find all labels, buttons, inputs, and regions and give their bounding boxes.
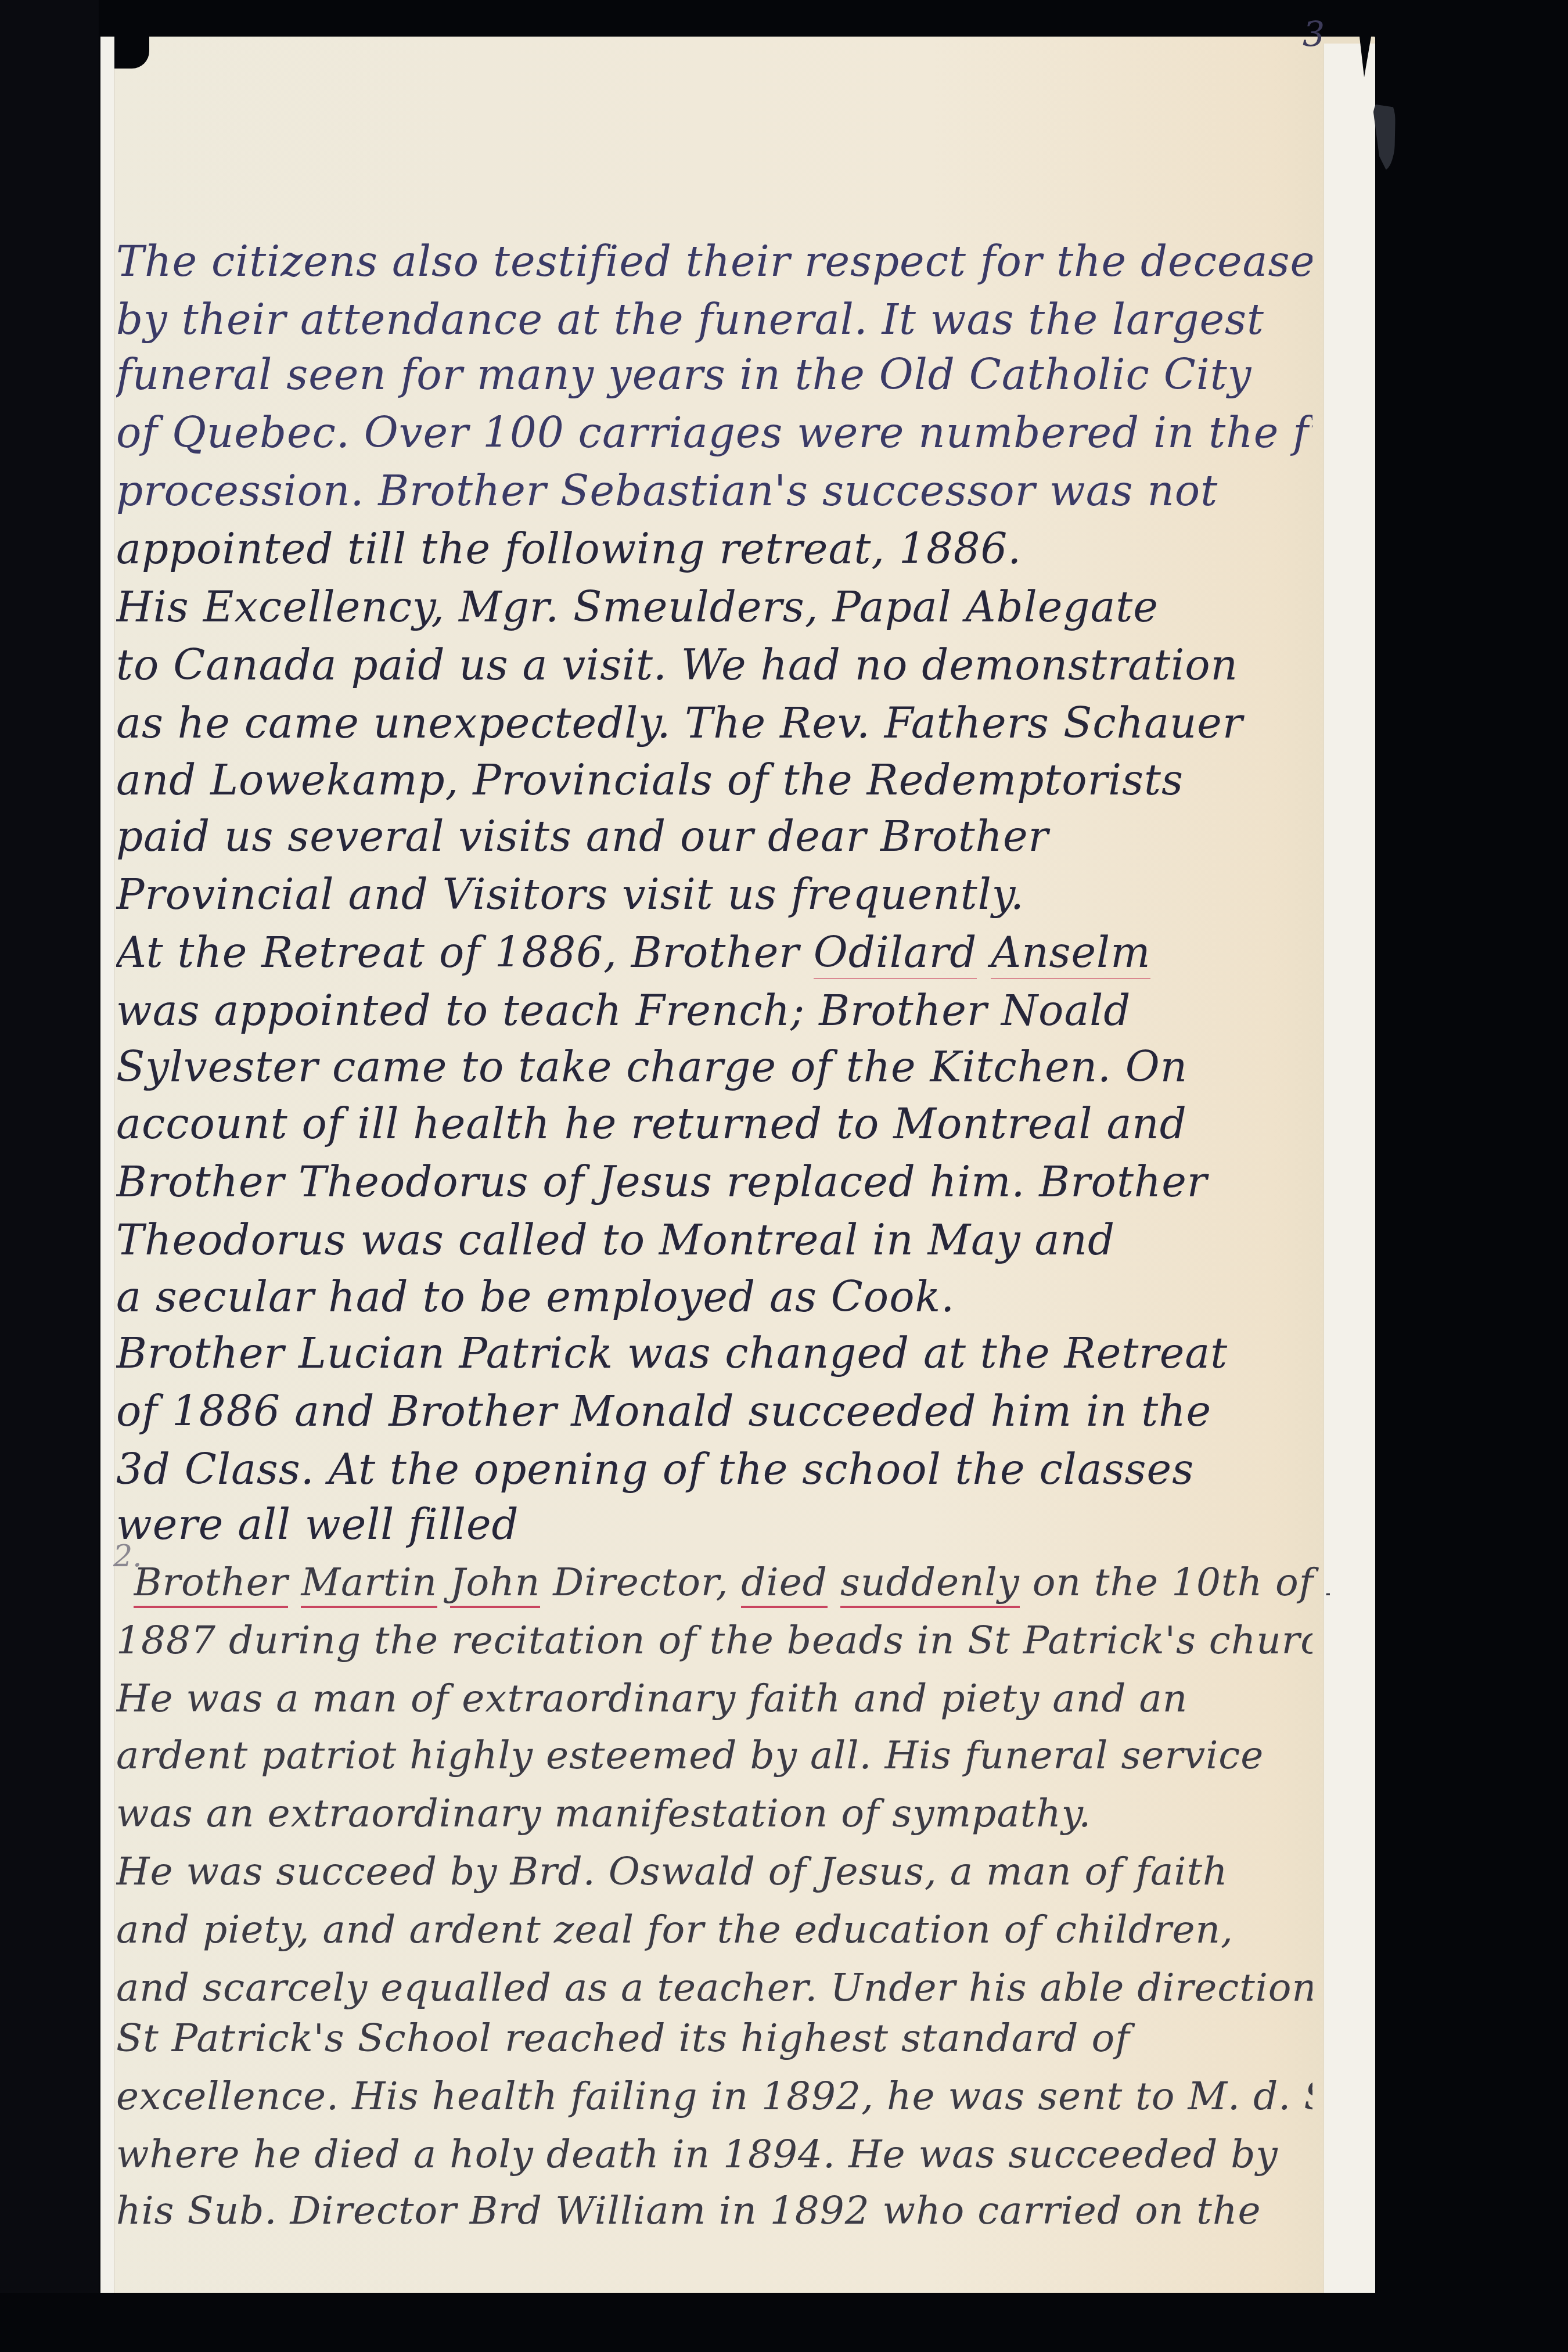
background-bottom xyxy=(0,2293,1568,2352)
text-line: ardent patriot highly esteemed by all. H… xyxy=(116,1729,1312,1782)
underlined-word: died xyxy=(741,1560,828,1608)
paper-hole xyxy=(1372,100,1396,170)
underlined-word: Brother xyxy=(134,1560,288,1608)
text-line: Theodorus was called to Montreal in May … xyxy=(116,1214,1312,1266)
text-line: of Quebec. Over 100 carriages were numbe… xyxy=(116,407,1312,459)
text-line: was appointed to teach French; Brother N… xyxy=(116,984,1312,1037)
text-line: paid us several visits and our dear Brot… xyxy=(116,810,1312,862)
text-line: Brother Theodorus of Jesus replaced him.… xyxy=(116,1156,1312,1208)
text-line: and piety, and ardent zeal for the educa… xyxy=(116,1904,1312,1956)
text-span: on the 10th of Dec xyxy=(1033,1560,1330,1605)
text-line: The citizens also testified their respec… xyxy=(116,235,1312,287)
page-number: 3 xyxy=(1303,15,1325,55)
underlined-word: suddenly xyxy=(840,1560,1020,1608)
underlined-name: Anselm xyxy=(991,928,1150,979)
text-line: At the Retreat of 1886, Brother Odilard … xyxy=(116,926,1312,979)
underlined-word: John xyxy=(450,1560,540,1608)
text-line: Sylvester came to take charge of the Kit… xyxy=(116,1041,1312,1093)
text-line: excellence. His health failing in 1892, … xyxy=(116,2070,1312,2123)
binding-strip-right xyxy=(1324,44,1375,2293)
text-line: account of ill health he returned to Mon… xyxy=(116,1098,1312,1150)
text-line: He was succeed by Brd. Oswald of Jesus, … xyxy=(116,1846,1312,1898)
text-span: At the Retreat of 1886, Brother xyxy=(116,928,814,977)
binding-strip-left xyxy=(100,37,115,2293)
background-left xyxy=(0,0,99,2352)
text-span xyxy=(977,928,991,977)
text-line: appointed till the following retreat, 18… xyxy=(116,523,1312,575)
text-line: and scarcely equalled as a teacher. Unde… xyxy=(116,1962,1312,2014)
text-line: funeral seen for many years in the Old C… xyxy=(116,348,1312,401)
text-line: as he came unexpectedly. The Rev. Father… xyxy=(116,697,1312,749)
text-line: procession. Brother Sebastian's successo… xyxy=(116,465,1312,517)
text-line: was an extraordinary manifestation of sy… xyxy=(116,1788,1312,1840)
text-line: were all well filled xyxy=(116,1498,1312,1551)
text-line: 3d Class. At the opening of the school t… xyxy=(116,1443,1312,1495)
text-line: of 1886 and Brother Monald succeeded him… xyxy=(116,1385,1312,1437)
text-line: Brother Lucian Patrick was changed at th… xyxy=(116,1327,1312,1379)
underlined-word: Martin xyxy=(301,1560,437,1608)
text-line: His Excellency, Mgr. Smeulders, Papal Ab… xyxy=(116,581,1312,633)
text-line: He was a man of extraordinary faith and … xyxy=(116,1673,1312,1725)
text-line: 1887 during the recitation of the beads … xyxy=(116,1614,1312,1667)
text-line: St Patrick's School reached its highest … xyxy=(116,2012,1312,2065)
text-line: Provincial and Visitors visit us frequen… xyxy=(116,868,1312,920)
text-line: and Lowekamp, Provincials of the Redempt… xyxy=(116,754,1312,806)
text-line: his Sub. Director Brd William in 1892 wh… xyxy=(116,2185,1312,2237)
text-line: to Canada paid us a visit. We had no dem… xyxy=(116,639,1312,691)
underlined-name: Odilard xyxy=(814,928,977,979)
text-line: a secular had to be employed as Cook. xyxy=(116,1271,1312,1323)
torn-corner xyxy=(114,37,149,69)
text-span: Director, xyxy=(553,1560,728,1605)
text-line: where he died a holy death in 1894. He w… xyxy=(116,2128,1312,2181)
text-line: Brother Martin John Director, died sudde… xyxy=(134,1556,1330,1609)
text-line: by their attendance at the funeral. It w… xyxy=(116,293,1312,346)
